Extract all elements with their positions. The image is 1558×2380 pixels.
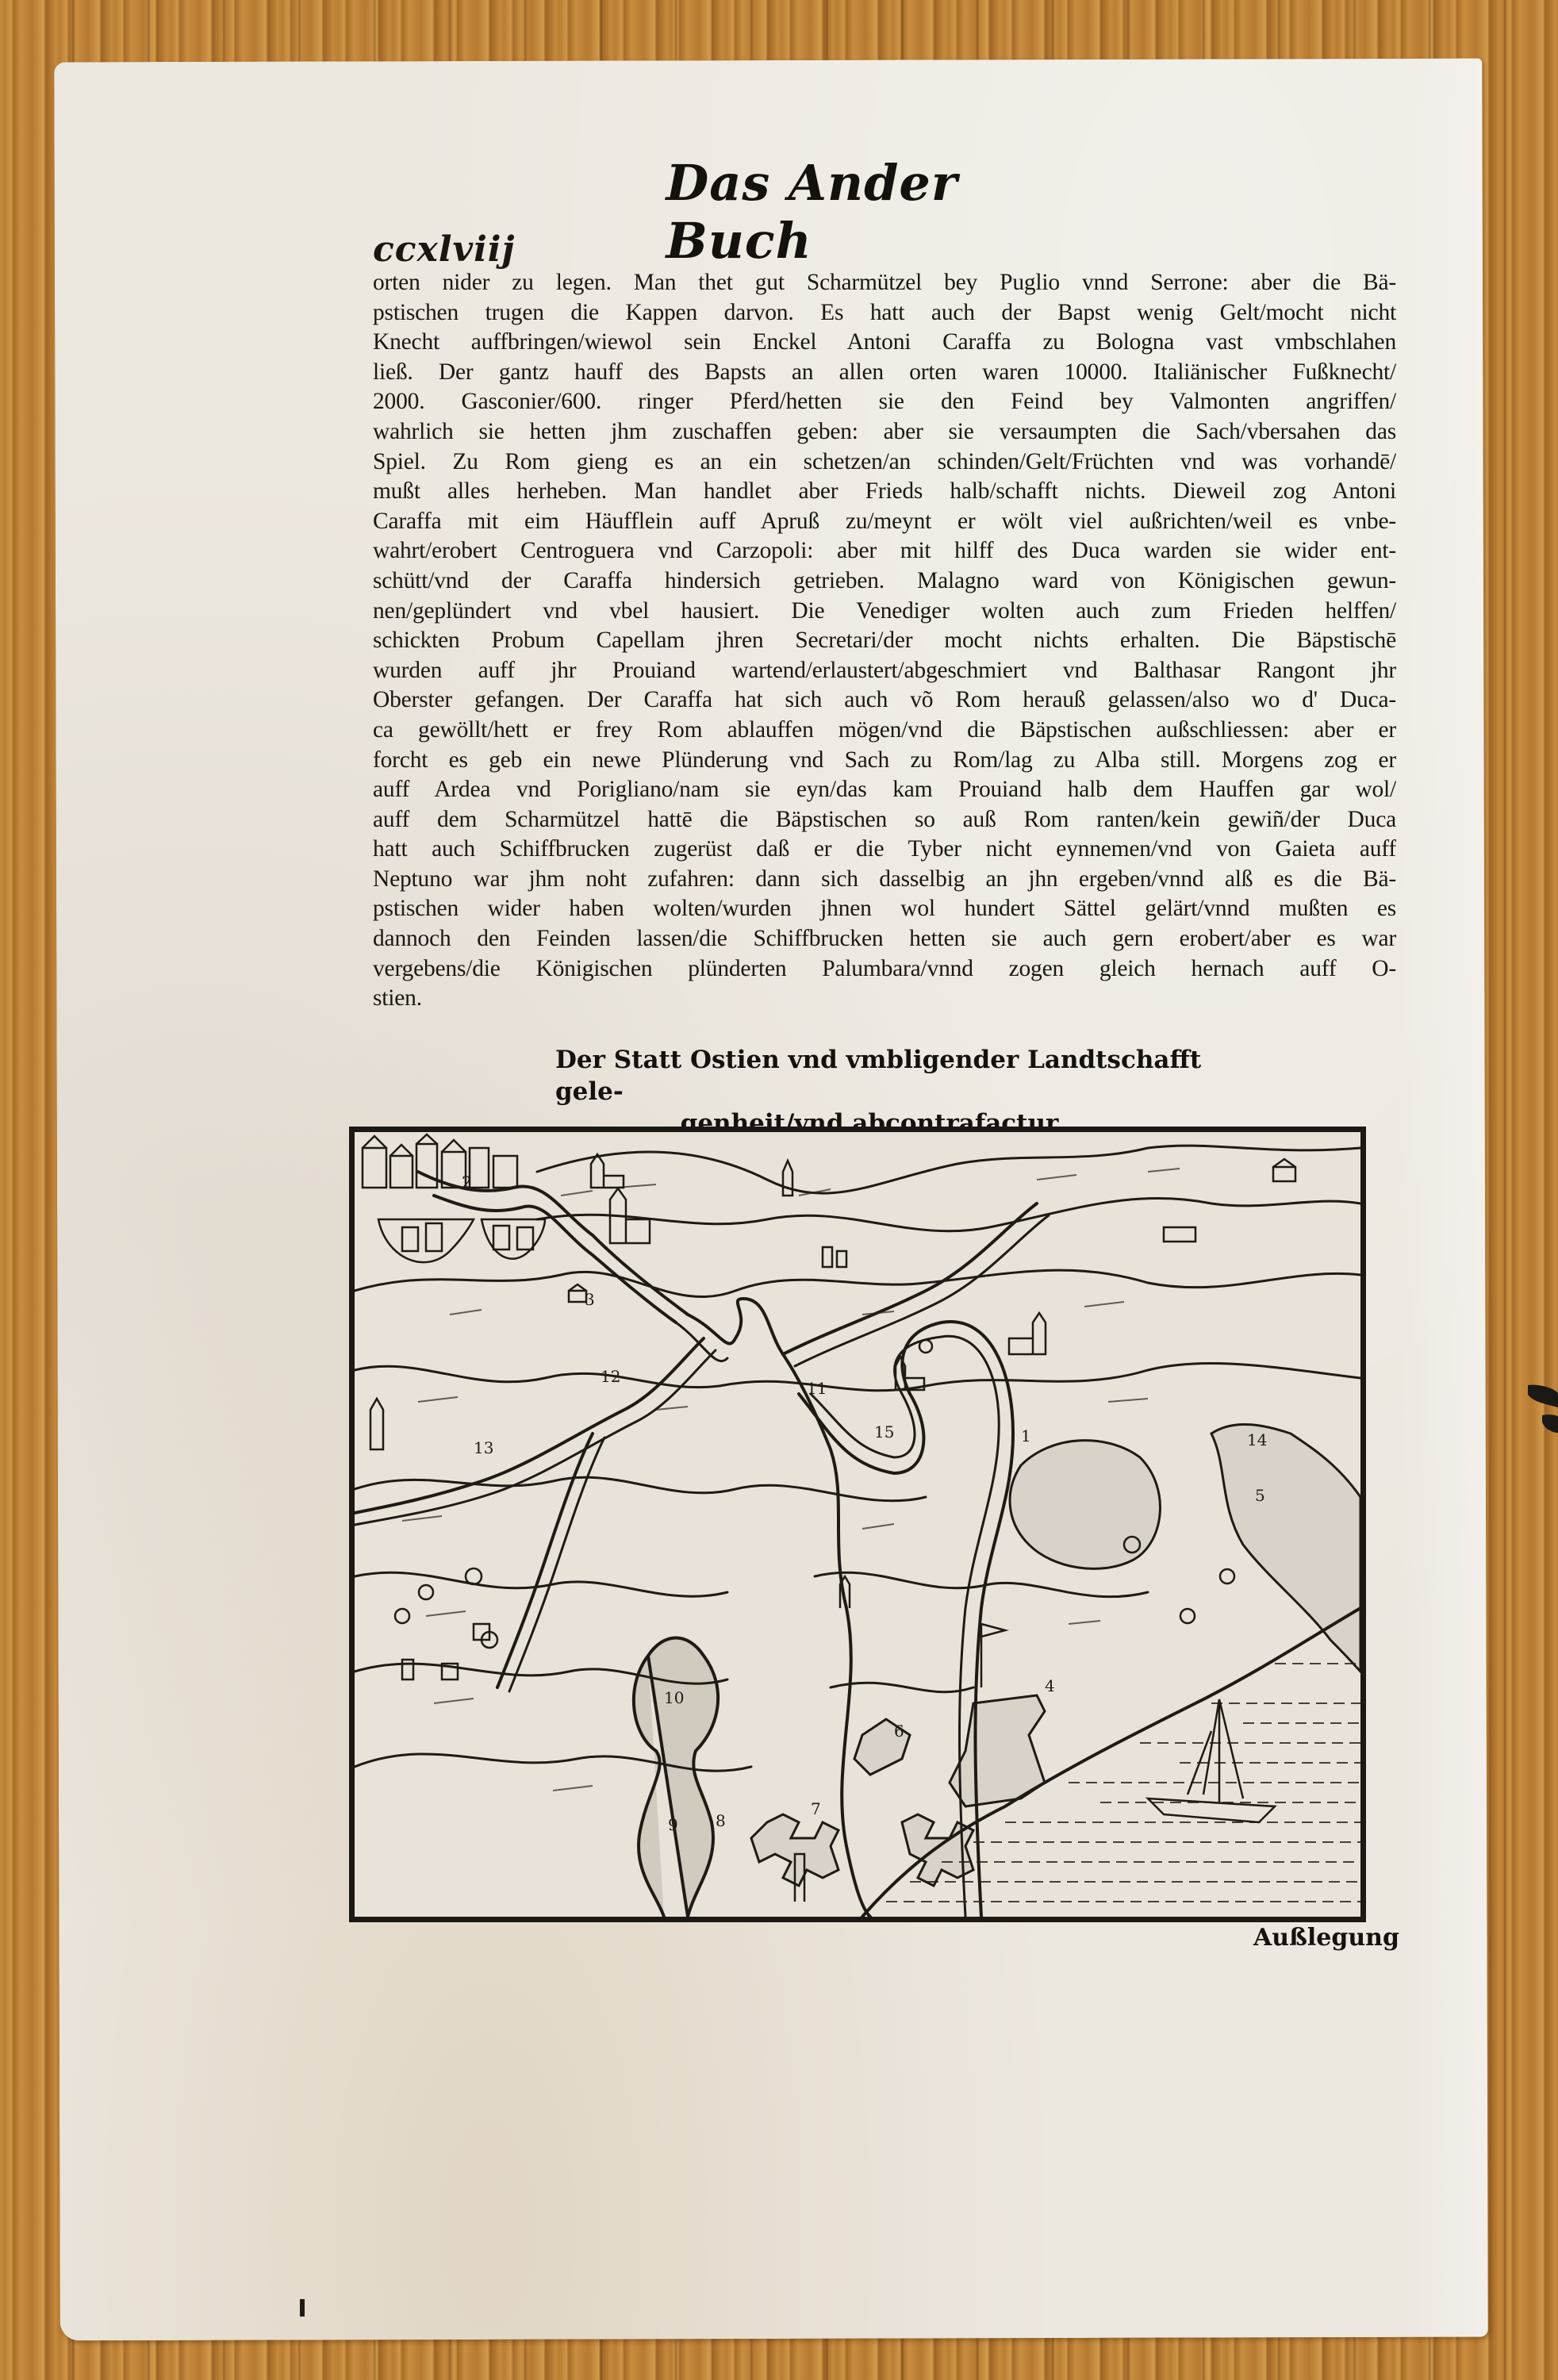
map-label: 4	[1045, 1676, 1055, 1695]
map-caption-line-1: Der Statt Ostien vnd vmbligender Landtsc…	[555, 1044, 1238, 1107]
text-line: Oberster gefangen. Der Caraffa hat sich …	[373, 685, 1396, 716]
map-caption: Der Statt Ostien vnd vmbligender Landtsc…	[555, 1044, 1238, 1139]
text-line: ca gewöllt/hett er frey Rom ablauffen mö…	[373, 716, 1396, 746]
text-line: stien.	[373, 984, 1396, 1014]
woodcut-map-ostia: 2 3 12 13 11 15 1 14 5 4 6 7 8 9 10	[349, 1127, 1366, 1922]
running-head-title: Das Ander Buch	[666, 154, 1111, 270]
text-line: orten nider zu legen. Man thet gut Schar…	[373, 268, 1396, 298]
map-label: 1	[1021, 1426, 1031, 1445]
text-line: Knecht auffbringen/wiewol sein Enckel An…	[373, 328, 1396, 358]
text-line: dannoch den Feinden lassen/die Schiffbru…	[373, 924, 1396, 954]
text-line: auff Ardea vnd Porigliano/nam sie eyn/da…	[373, 775, 1396, 805]
text-line: hatt auch Schiffbrucken zugerüst daß er …	[373, 835, 1396, 865]
text-line: Spiel. Zu Rom gieng es an ein schetzen/a…	[373, 447, 1396, 478]
text-line: mußt alles herheben. Man handlet aber Fr…	[373, 477, 1396, 507]
text-line: wurden auff jhr Prouiand wartend/erlaust…	[373, 656, 1396, 686]
map-label: 3	[585, 1290, 595, 1309]
map-label: 11	[807, 1379, 827, 1398]
map-label: 2	[462, 1173, 472, 1192]
text-line: forcht es geb ein newe Plünderung vnd Sa…	[373, 746, 1396, 776]
page-header: ccxlviij Das Ander Buch	[373, 206, 1111, 270]
map-label: 5	[1255, 1486, 1265, 1505]
printers-mark	[300, 2299, 305, 2317]
text-line: Caraffa mit eim Häufflein auff Apruß zu/…	[373, 507, 1396, 537]
text-line: auff dem Scharmützel hattē die Bäpstisch…	[373, 805, 1396, 835]
text-line: schütt/vnd der Caraffa hindersich getrie…	[373, 566, 1396, 597]
catchword-ausslegung: Außlegung	[1253, 1924, 1399, 1952]
map-label: 7	[811, 1799, 821, 1818]
text-line: vergebens/die Königischen plünderten Pal…	[373, 954, 1396, 985]
text-line: 2000. Gasconier/600. ringer Pferd/hetten…	[373, 387, 1396, 417]
map-label: 12	[601, 1367, 620, 1386]
text-line: pstischen wider haben wolten/wurden jhne…	[373, 894, 1396, 924]
text-line: wahrlich sie hetten jhm zuschaffen geben…	[373, 417, 1396, 447]
woodcut-landscape-illustration: 2 3 12 13 11 15 1 14 5 4 6 7 8 9 10	[355, 1132, 1360, 1917]
body-text-block: orten nider zu legen. Man thet gut Schar…	[373, 268, 1396, 1014]
text-line: ließ. Der gantz hauff des Bapsts an alle…	[373, 358, 1396, 388]
text-line: nen/geplündert vnd vbel hausiert. Die Ve…	[373, 597, 1396, 627]
folio-number: ccxlviij	[373, 229, 515, 270]
map-label: 15	[874, 1422, 894, 1441]
adjacent-page-ink-mark	[1523, 1380, 1558, 1436]
map-label: 9	[668, 1815, 678, 1834]
text-line: Neptuno war jhm noht zufahren: dann sich…	[373, 865, 1396, 895]
text-line: pstischen trugen die Kappen darvon. Es h…	[373, 298, 1396, 328]
text-line: wahrt/erobert Centroguera vnd Carzopoli:…	[373, 536, 1396, 566]
map-label: 14	[1247, 1430, 1267, 1449]
text-line: schickten Probum Capellam jhren Secretar…	[373, 626, 1396, 656]
map-label: 8	[716, 1811, 726, 1830]
map-label: 10	[664, 1688, 684, 1707]
map-label: 13	[474, 1438, 493, 1457]
map-label: 6	[894, 1722, 904, 1741]
